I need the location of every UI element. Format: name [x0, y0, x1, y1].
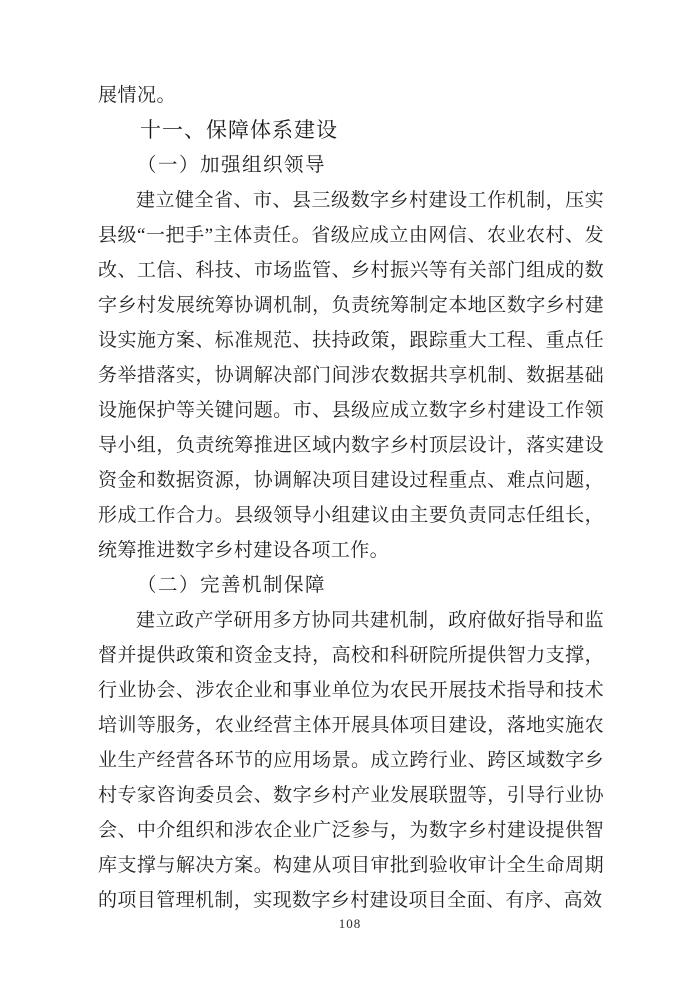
paragraph-organization-leadership: 建立健全省、市、县三级数字乡村建设工作机制，压实县级“一把手”主体责任。省级应成…	[98, 183, 604, 568]
page-number: 108	[0, 913, 700, 935]
paragraph-mechanism-guarantee: 建立政产学研用多方协同共建机制，政府做好指导和监督并提供政策和资金支持，高校和科…	[98, 603, 604, 918]
document-page: 展情况。 十一、保障体系建设 （一）加强组织领导 建立健全省、市、县三级数字乡村…	[0, 0, 700, 990]
subsection-heading-2: （二）完善机制保障	[98, 568, 604, 603]
subsection-heading-1: （一）加强组织领导	[98, 148, 604, 183]
section-heading: 十一、保障体系建设	[98, 113, 604, 148]
document-content: 展情况。 十一、保障体系建设 （一）加强组织领导 建立健全省、市、县三级数字乡村…	[98, 78, 604, 918]
paragraph-continuation: 展情况。	[98, 78, 604, 113]
